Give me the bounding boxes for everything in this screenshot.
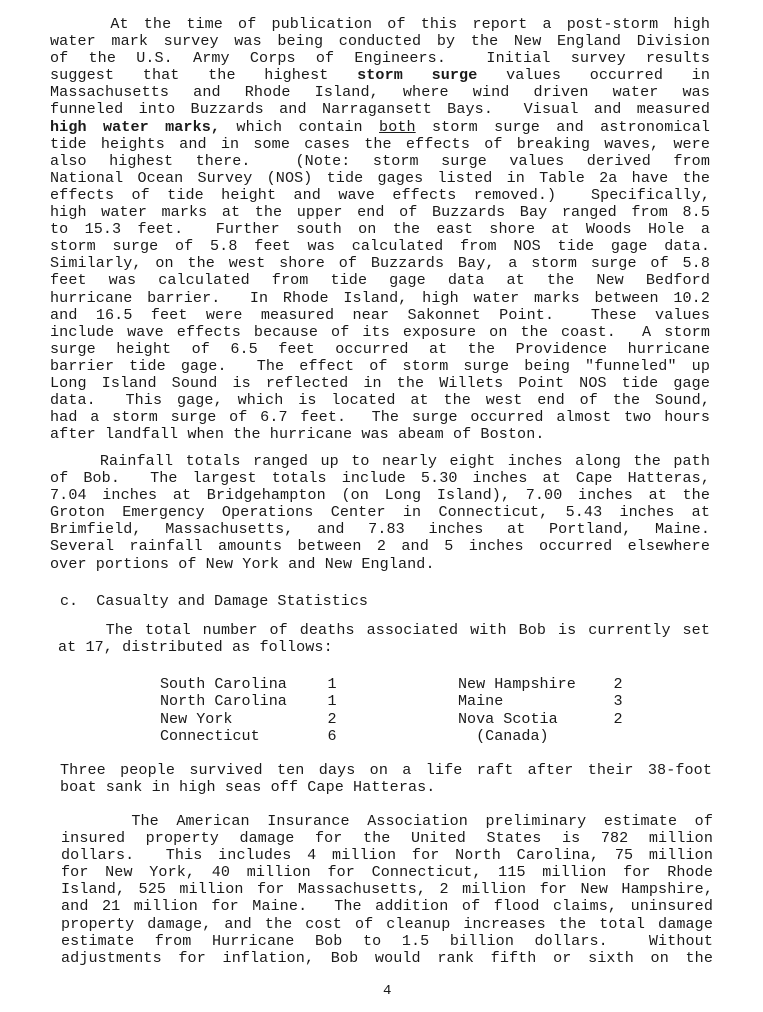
underlined-text: both (379, 118, 416, 136)
deaths-place: Connecticut (160, 728, 322, 745)
deaths-place: New Hampshire (458, 676, 608, 693)
deaths-count: 6 (322, 728, 342, 745)
text-line: National Ocean Survey (NOS) tide gages l… (50, 170, 710, 187)
deaths-row: North Carolina1 (160, 693, 342, 710)
text-line: property damage, and the cost of cleanup… (61, 916, 713, 933)
deaths-place: Nova Scotia (458, 711, 608, 728)
text-line: Several rainfall amounts between 2 and 5… (50, 538, 710, 555)
text-line: dollars. This includes 4 million for Nor… (61, 847, 713, 864)
text-line: at 17, distributed as follows: (58, 639, 710, 656)
bold-text: high water marks, (50, 118, 220, 136)
text-line: storm surge of 5.8 feet was calculated f… (50, 238, 710, 255)
text-line: Brimfield, Massachusetts, and 7.83 inche… (50, 521, 710, 538)
section-heading: c. Casualty and Damage Statistics (60, 592, 368, 610)
deaths-table-right: New Hampshire2Maine3Nova Scotia2 (Canada… (458, 676, 628, 746)
text-line: effects of tide height and wave effects … (50, 187, 710, 204)
deaths-row: New Hampshire2 (458, 676, 628, 693)
deaths-place: South Carolina (160, 676, 322, 693)
text-line: include wave effects because of its expo… (50, 324, 710, 341)
page-number: 4 (383, 983, 391, 999)
text-line: tide heights and in some cases the effec… (50, 136, 710, 153)
deaths-row: Connecticut6 (160, 728, 342, 745)
text-line: Groton Emergency Operations Center in Co… (50, 504, 710, 521)
deaths-count: 1 (322, 676, 342, 693)
text-line: over portions of New York and New Englan… (50, 556, 710, 573)
text-line: data. This gage, which is located at the… (50, 392, 710, 409)
text-line: surge height of 6.5 feet occurred at the… (50, 341, 710, 358)
paragraph-rainfall: Rainfall totals ranged up to nearly eigh… (50, 453, 710, 573)
deaths-count: 2 (608, 711, 628, 728)
text-line: of Bob. The largest totals include 5.30 … (50, 470, 710, 487)
deaths-row: Nova Scotia2 (458, 711, 628, 728)
text-line: for New York, 40 million for Connecticut… (61, 864, 713, 881)
text-line: had a storm surge of 6.7 feet. The surge… (50, 409, 710, 426)
paragraph-insurance: The American Insurance Association preli… (61, 813, 713, 967)
text-line: after landfall when the hurricane was ab… (50, 426, 710, 443)
deaths-place: Maine (458, 693, 608, 710)
text-line: hurricane barrier. In Rhode Island, high… (50, 290, 710, 307)
text-line: funneled into Buzzards and Narragansett … (50, 101, 710, 118)
paragraph-deaths-intro: The total number of deaths associated wi… (58, 622, 710, 656)
text-line: of the U.S. Army Corps of Engineers. Ini… (50, 50, 710, 67)
deaths-place: New York (160, 711, 322, 728)
text-line: Massachusetts and Rhode Island, where wi… (50, 84, 710, 101)
text-line: high water marks at the upper end of Buz… (50, 204, 710, 221)
bold-text: storm surge (357, 66, 477, 84)
deaths-row: South Carolina1 (160, 676, 342, 693)
deaths-count: 2 (322, 711, 342, 728)
text-line: feet was calculated from tide gage data … (50, 272, 710, 289)
deaths-place: North Carolina (160, 693, 322, 710)
text-line: barrier tide gage. The effect of storm s… (50, 358, 710, 375)
text-line: The American Insurance Association preli… (61, 813, 713, 830)
deaths-count (608, 728, 628, 745)
text-line-emphasis-storm-surge: suggest that the highest storm surge val… (50, 67, 710, 84)
text-line: water mark survey was being conducted by… (50, 33, 710, 50)
deaths-count: 2 (608, 676, 628, 693)
deaths-row: (Canada) (458, 728, 628, 745)
text-line: and 16.5 feet were measured near Sakonne… (50, 307, 710, 324)
text-line: The total number of deaths associated wi… (58, 622, 710, 639)
text-line: Rainfall totals ranged up to nearly eigh… (50, 453, 710, 470)
paragraph-life-raft: Three people survived ten days on a life… (60, 762, 712, 796)
text-line: estimate from Hurricane Bob to 1.5 billi… (61, 933, 713, 950)
text-line: Long Island Sound is reflected in the Wi… (50, 375, 710, 392)
deaths-row: New York2 (160, 711, 342, 728)
deaths-count: 3 (608, 693, 628, 710)
text-line: insured property damage for the United S… (61, 830, 713, 847)
text-line: adjustments for inflation, Bob would ran… (61, 950, 713, 967)
document-page: At the time of publication of this repor… (0, 0, 763, 1012)
paragraph-storm-surge: At the time of publication of this repor… (50, 16, 710, 443)
text-line: boat sank in high seas off Cape Hatteras… (60, 779, 712, 796)
text-line: and 21 million for Maine. The addition o… (61, 898, 713, 915)
text-line: 7.04 inches at Bridgehampton (on Long Is… (50, 487, 710, 504)
deaths-place: (Canada) (458, 728, 608, 745)
deaths-row: Maine3 (458, 693, 628, 710)
text-line: also highest there. (Note: storm surge v… (50, 153, 710, 170)
text-line: Three people survived ten days on a life… (60, 762, 712, 779)
text-line: Similarly, on the west shore of Buzzards… (50, 255, 710, 272)
text-line: Island, 525 million for Massachusetts, 2… (61, 881, 713, 898)
text-line-emphasis-high-water-marks: high water marks, which contain both sto… (50, 119, 710, 136)
text-line: to 15.3 feet. Further south on the east … (50, 221, 710, 238)
text-line: At the time of publication of this repor… (50, 16, 710, 33)
deaths-count: 1 (322, 693, 342, 710)
deaths-table-left: South Carolina1North Carolina1New York2C… (160, 676, 342, 746)
